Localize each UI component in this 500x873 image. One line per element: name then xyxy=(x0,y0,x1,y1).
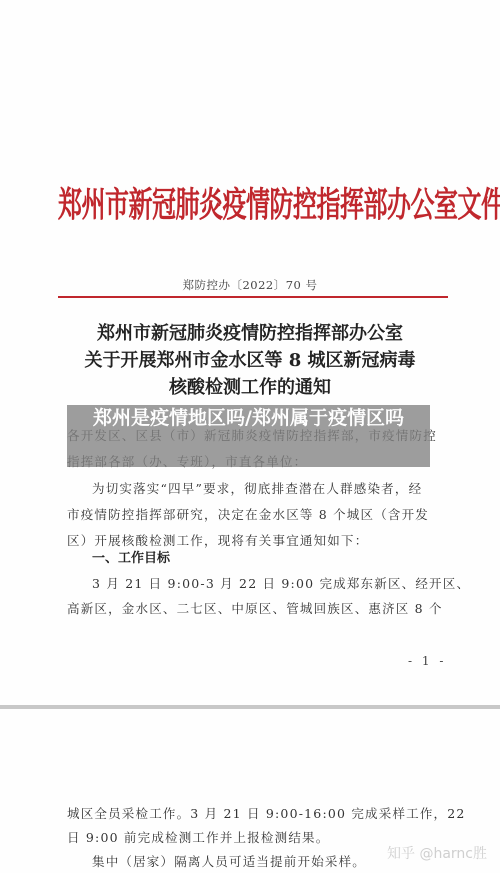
intro-line: 市疫情防控指挥部研究，决定在金水区等 8 个城区（含开发 xyxy=(67,505,429,523)
overlay-caption-title: 郑州是疫情地区吗/郑州属于疫情区吗 xyxy=(67,407,430,429)
page-number: - 1 - xyxy=(408,654,446,668)
red-header-title: 郑州市新冠肺炎疫情防控指挥部办公室文件 xyxy=(58,176,448,227)
page2-body-line: 集中（居家）隔离人员可适当提前开始采样。 xyxy=(92,852,366,870)
document-page-1: 郑州市新冠肺炎疫情防控指挥部办公室文件 郑防控办〔2022〕70 号 郑州市新冠… xyxy=(0,0,500,705)
page2-body-line: 日 9:00 前完成检测工作并上报检测结果。 xyxy=(67,828,329,846)
document-number: 郑防控办〔2022〕70 号 xyxy=(0,277,500,293)
section-body-line: 高新区，金水区、二七区、中原区、管城回族区、惠济区 8 个 xyxy=(67,599,443,617)
section-heading: 一、工作目标 xyxy=(92,547,170,566)
zhihu-watermark: 知乎 @harnc胜 xyxy=(387,843,487,863)
notice-title-line: 郑州市新冠肺炎疫情防控指挥部办公室 xyxy=(50,320,450,347)
notice-title-line: 核酸检测工作的通知 xyxy=(50,374,450,401)
section-body-line: 3 月 21 日 9:00-3 月 22 日 9:00 完成郑东新区、经开区、 xyxy=(92,574,470,592)
notice-title-line: 关于开展郑州市金水区等 8 城区新冠病毒 xyxy=(50,347,450,374)
notice-title: 郑州市新冠肺炎疫情防控指挥部办公室 关于开展郑州市金水区等 8 城区新冠病毒 核… xyxy=(50,320,450,401)
intro-line: 为切实落实“四早”要求，彻底排查潜在人群感染者，经 xyxy=(92,479,422,497)
page2-body-line: 城区全员采检工作。3 月 21 日 9:00-16:00 完成采样工作，22 xyxy=(67,804,466,822)
red-divider-line xyxy=(58,296,448,298)
